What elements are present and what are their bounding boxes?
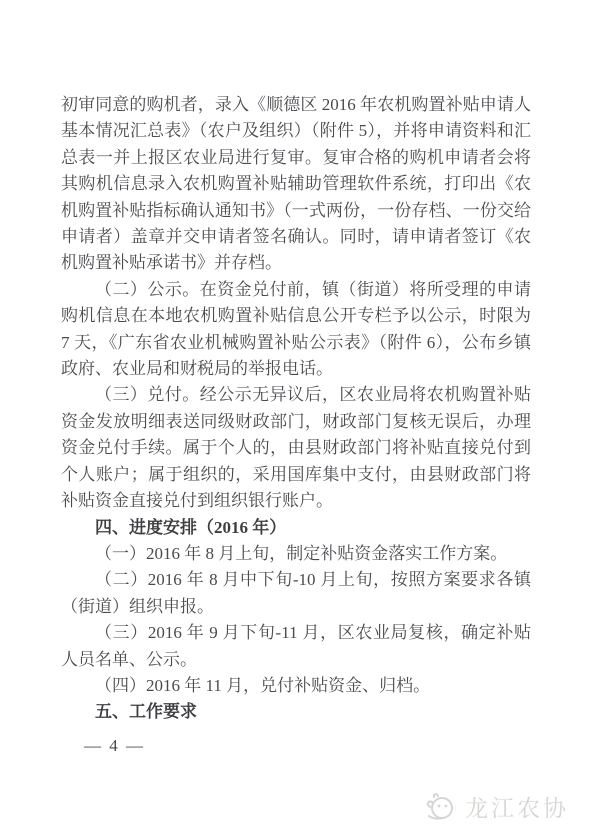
paragraph-continuation: 初审同意的购机者，录入《顺德区 2016 年农机购置补贴申请人基本情况汇总表》（… bbox=[61, 92, 531, 277]
section-heading-4-schedule: 四、进度安排（2016 年） bbox=[61, 515, 531, 541]
section-heading-5-requirements: 五、工作要求 bbox=[61, 699, 531, 725]
paragraph-schedule-1: （一）2016 年 8 月上旬，制定补贴资金落实工作方案。 bbox=[61, 541, 531, 567]
watermark-logo-icon bbox=[423, 792, 457, 822]
watermark: 龙江农协 bbox=[423, 790, 569, 823]
document-page: 初审同意的购机者，录入《顺德区 2016 年农机购置补贴申请人基本情况汇总表》（… bbox=[0, 0, 589, 835]
paragraph-item-2-publicity: （二）公示。在资金兑付前，镇（街道）将所受理的申请购机信息在本地农机购置补贴信息… bbox=[61, 277, 531, 383]
paragraph-schedule-4: （四）2016 年 11 月，兑付补贴资金、归档。 bbox=[61, 673, 531, 699]
paragraph-schedule-2: （二）2016 年 8 月中下旬-10 月上旬，按照方案要求各镇（街道）组织申报… bbox=[61, 567, 531, 620]
document-body: 初审同意的购机者，录入《顺德区 2016 年农机购置补贴申请人基本情况汇总表》（… bbox=[61, 92, 531, 726]
paragraph-schedule-3: （三）2016 年 9 月下旬-11 月，区农业局复核，确定补贴人员名单、公示。 bbox=[61, 620, 531, 673]
paragraph-item-3-payment: （三）兑付。经公示无异议后，区农业局将农机购置补贴资金发放明细表送同级财政部门，… bbox=[61, 382, 531, 514]
watermark-label: 龙江农协 bbox=[465, 790, 569, 823]
page-number: — 4 — bbox=[84, 736, 145, 756]
